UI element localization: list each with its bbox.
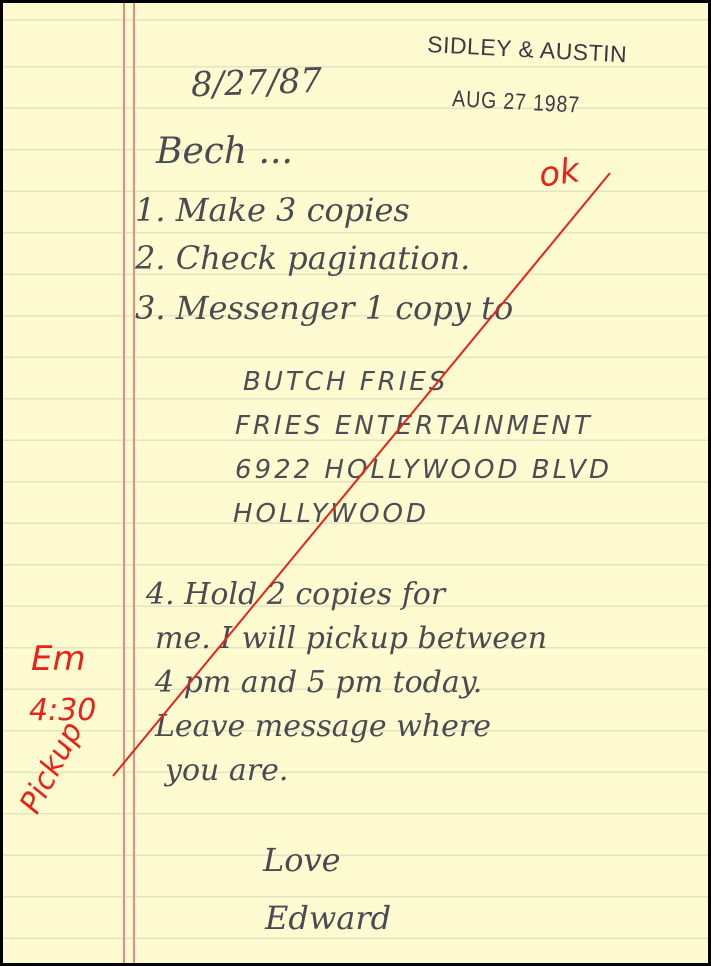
legal-pad-page: SIDLEY & AUSTIN AUG 27 1987 8/27/87 Bech…	[3, 3, 708, 963]
red-checkmark-slash	[3, 3, 708, 963]
ok-mark: ok	[536, 150, 582, 195]
margin-note-initials: Em	[31, 639, 86, 679]
